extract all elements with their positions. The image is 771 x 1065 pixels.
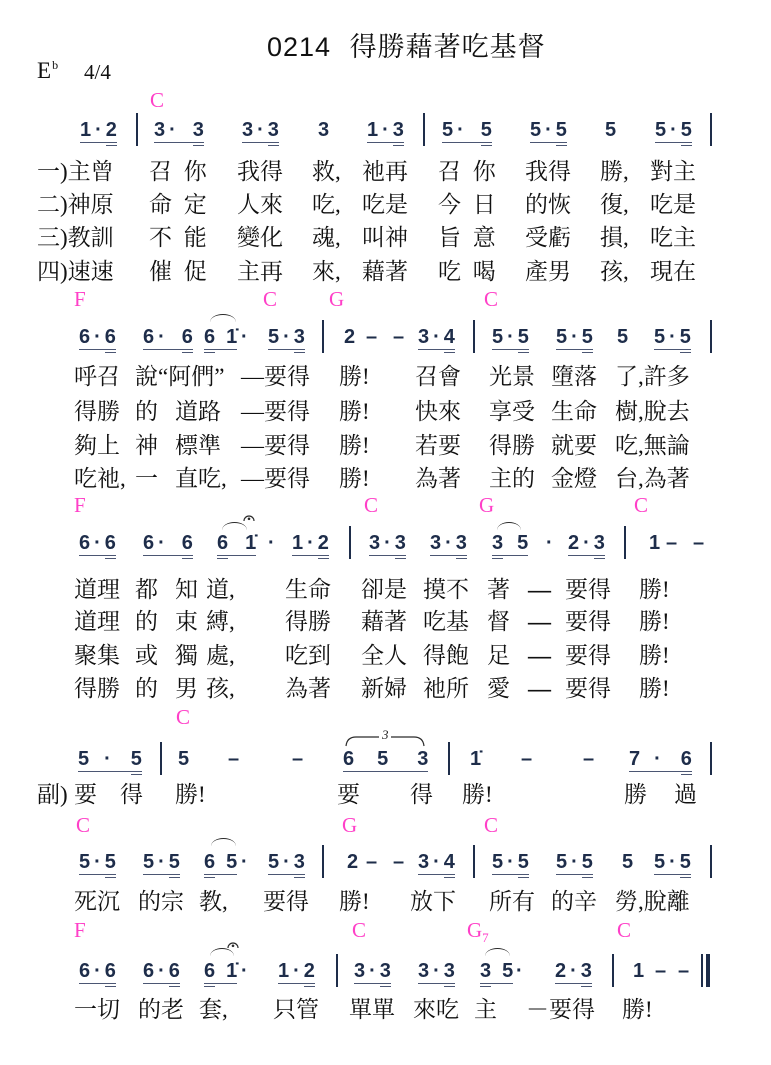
lyric-segment: 就要 <box>551 433 597 459</box>
note: 1̇ <box>470 749 481 769</box>
note: 5 <box>131 749 142 769</box>
lyric-segment: 說“阿們” <box>135 364 224 390</box>
lyric-segment: 或 <box>135 643 158 669</box>
lyrics-refrain-3: 一切的老套,只管單單來吃主－要得勝! <box>0 997 771 1023</box>
lyric-segment: 墮落 <box>551 364 597 390</box>
lyric-segment: 道, <box>206 577 235 603</box>
lyric-segment: 召 你 <box>149 159 207 185</box>
lyrics-verse-1: 呼召說“阿們”—要得勝!召會光景墮落了,許多 <box>0 364 771 390</box>
notation-row: 6·6 6·6 61̇ · 1·2 3·3 3·3 35 · 2·3 1 – – <box>0 533 771 553</box>
fermata-icon <box>227 939 239 949</box>
lyric-segment: 的老 <box>138 997 184 1023</box>
lyric-segment: 勝! <box>339 433 370 459</box>
note-group: 5·5 <box>79 852 116 872</box>
lyric-segment: 夠上 <box>74 433 120 459</box>
note: 3· <box>418 327 444 347</box>
note: 3· <box>354 961 380 981</box>
lyrics-verse-1: 一)主曾召 你我得救,祂再召 你我得勝,對主 <box>0 159 771 185</box>
lyric-segment: 愛 <box>487 676 510 702</box>
note-group: 6·6 <box>79 961 116 981</box>
note: 2 <box>344 327 355 347</box>
note: – <box>393 852 404 872</box>
note: 3 <box>193 120 204 140</box>
lyric-segment: 對主 <box>650 159 696 185</box>
lyric-segment: 勝! <box>462 782 493 808</box>
note: 2 <box>318 533 329 553</box>
lyric-segment: 一)主曾 <box>37 159 114 185</box>
lyric-segment: 的辛 <box>551 889 597 915</box>
note: 5 <box>178 749 189 769</box>
barline <box>710 742 712 775</box>
lyric-segment: 催 促 <box>149 259 207 285</box>
lyric-segment: 男 <box>175 676 198 702</box>
note: 2 <box>344 327 355 347</box>
lyric-segment: 命 定 <box>149 192 207 218</box>
lyric-segment: 勝 <box>624 782 647 808</box>
note: 6 <box>105 327 116 347</box>
lyric-segment: 道理 <box>74 577 120 603</box>
note: 5 <box>481 120 492 140</box>
lyric-segment: 足 <box>487 643 510 669</box>
lyric-segment: 我得 <box>525 159 571 185</box>
note: · <box>241 961 248 981</box>
note-high-octave: 1̇ <box>226 327 237 347</box>
lyric-segment: 單單 <box>349 997 395 1023</box>
note: 5 <box>377 749 388 769</box>
note: 3 <box>444 961 455 981</box>
lyric-segment: 孩, <box>206 676 235 702</box>
note: 4 <box>444 852 455 872</box>
note: 1· <box>80 120 106 140</box>
lyric-segment: 享受 <box>489 399 535 425</box>
barline <box>423 113 425 146</box>
lyric-segment: 要得 <box>565 676 611 702</box>
barline <box>710 320 712 353</box>
lyric-segment: 吃基 <box>423 609 469 635</box>
triplet-label: 3 <box>382 728 389 742</box>
chord-symbol: G <box>479 493 494 517</box>
lyric-segment: 樹,脫去 <box>615 399 690 425</box>
note: 5· <box>79 852 105 872</box>
lyric-segment: 復, <box>600 192 629 218</box>
barline <box>322 320 324 353</box>
note: · <box>268 533 275 553</box>
lyric-segment: 要得 <box>565 609 611 635</box>
note: 1 <box>649 533 660 553</box>
note-group: 5·5 <box>492 327 529 347</box>
note-group: 7·6 <box>629 749 692 769</box>
note: – <box>228 749 239 769</box>
lyric-segment: 吃,無論 <box>615 433 690 459</box>
chord-symbol: G <box>329 287 344 311</box>
lyric-segment: 人來 <box>237 192 283 218</box>
lyric-segment: 吃 喝 <box>438 259 496 285</box>
note-group: 2·3 <box>555 961 592 981</box>
note-group: 5·5 <box>556 852 593 872</box>
song-title: 0214 得勝藉著吃基督 <box>267 31 546 63</box>
note: 3· <box>242 120 268 140</box>
note: 6 <box>204 327 215 347</box>
note-group: 2·3 <box>568 533 605 553</box>
chord-symbol: F <box>74 287 86 311</box>
note: 5· <box>268 852 294 872</box>
note: 3 <box>581 961 592 981</box>
lyric-segment: 都 <box>135 577 158 603</box>
lyric-segment: 魂, <box>312 225 341 251</box>
lyric-segment: 一切 <box>74 997 120 1023</box>
lyric-dash: — <box>528 609 551 635</box>
lyric-segment: 得勝 <box>74 676 120 702</box>
note: 3· <box>418 852 444 872</box>
note: 6· <box>143 961 169 981</box>
note-high-octave: 1̇ <box>226 961 237 981</box>
note: 5· <box>654 852 680 872</box>
lyrics-verse-1: 道理都知道,生命卻是摸不著—要得勝! <box>0 577 771 603</box>
note: 2· <box>568 533 594 553</box>
lyric-segment: 現在 <box>650 259 696 285</box>
lyric-segment: —要得 <box>241 466 310 492</box>
lyric-segment: 吃主 <box>650 225 696 251</box>
lyric-segment: 只管 <box>273 997 319 1023</box>
lyric-segment: 來, <box>312 259 341 285</box>
lyric-segment: 聚集 <box>74 643 120 669</box>
note: 5 <box>105 852 116 872</box>
note: 5 <box>617 327 628 347</box>
chord-symbol: C <box>617 918 631 942</box>
barline <box>322 845 324 878</box>
lyrics-refrain-2: 死沉的宗教,要得勝!放下所有的辛勞,脫離 <box>0 889 771 915</box>
lyric-segment: 的 <box>135 399 158 425</box>
note: · <box>241 327 248 347</box>
note: 5· <box>268 327 294 347</box>
note: 6· <box>143 533 169 553</box>
barline <box>473 320 475 353</box>
note-group: 5·5 <box>654 327 691 347</box>
augmentation-dot: · <box>516 961 523 981</box>
lyric-segment: 四)速速 <box>37 259 114 285</box>
note: 1· <box>292 533 318 553</box>
chord-symbol: G7 <box>467 918 489 945</box>
note: – <box>693 533 704 553</box>
lyric-segment: 若要 <box>415 433 461 459</box>
lyric-segment: 處, <box>206 643 235 669</box>
note: 5· <box>530 120 556 140</box>
note: 6· <box>79 533 105 553</box>
lyric-segment: 生命 <box>285 577 331 603</box>
lyric-segment: 套, <box>199 997 228 1023</box>
lyric-segment: 道路 <box>175 399 221 425</box>
note: 6· <box>79 327 105 347</box>
note: 3 <box>492 533 503 553</box>
augmentation-dot: · <box>241 852 248 872</box>
note: 1· <box>278 961 304 981</box>
lyrics-verse-4: 四)速速催 促主再來,藉著吃 喝產男孩,現在 <box>0 259 771 285</box>
lyric-segment: 死沉 <box>74 889 120 915</box>
note: 6 <box>105 961 116 981</box>
chord-symbol: C <box>76 813 90 837</box>
augmentation-dot: · <box>241 961 248 981</box>
note-group: 6·6 <box>79 327 116 347</box>
note-group: 3·3 <box>354 961 391 981</box>
lyric-segment: 主的 <box>489 466 535 492</box>
chord-symbol: C <box>150 88 164 112</box>
lyric-segment: 吃, <box>312 192 341 218</box>
note: 5 <box>78 749 89 769</box>
note: 5· <box>442 120 468 140</box>
lyric-segment: 得勝 <box>74 399 120 425</box>
chord-symbol: C <box>263 287 277 311</box>
lyric-segment: 吃祂, <box>74 466 126 492</box>
lyric-segment: 全人 <box>361 643 407 669</box>
note: – <box>521 749 532 769</box>
lyric-segment: 光景 <box>489 364 535 390</box>
final-barline-thick <box>706 954 710 987</box>
augmentation-dot: · <box>546 533 553 553</box>
lyric-segment: 束 <box>175 609 198 635</box>
note-group: 6·6 <box>79 533 116 553</box>
barline <box>349 526 351 559</box>
chord-symbol: C <box>634 493 648 517</box>
note-group: 3·3 <box>242 120 279 140</box>
lyric-segment: 吃到 <box>285 643 331 669</box>
lyrics-verse-2: 道理的束縛,得勝藉著吃基督—要得勝! <box>0 609 771 635</box>
lyric-segment: 要 <box>337 782 360 808</box>
barline <box>336 954 338 987</box>
lyric-segment: 旨 意 <box>438 225 496 251</box>
note-group: 1·2 <box>278 961 315 981</box>
barline <box>612 954 614 987</box>
chord-symbol: C <box>484 287 498 311</box>
note-group: 3·3 <box>430 533 467 553</box>
note: 6 <box>204 852 215 872</box>
note: – <box>655 961 666 981</box>
note: 5 <box>622 852 633 872</box>
lyrics-verse-2: 得勝的道路—要得勝!快來享受生命樹,脫去 <box>0 399 771 425</box>
note-group: 5·5 <box>655 120 692 140</box>
note: 5 <box>582 852 593 872</box>
lyric-segment: 祂所 <box>423 676 469 702</box>
lyric-segment: 知 <box>175 577 198 603</box>
lyric-segment: 要得 <box>565 643 611 669</box>
note: 1 <box>633 961 644 981</box>
note: 5 <box>226 852 237 872</box>
note: 6 <box>217 533 228 553</box>
lyric-segment: 得 <box>120 782 143 808</box>
lyric-segment: 新婦 <box>361 676 407 702</box>
lyric-segment: 呼召 <box>74 364 120 390</box>
lyric-segment: 要得 <box>565 577 611 603</box>
lyrics-verse-2: 二)神原命 定人來吃,吃是今 日的恢復,吃是 <box>0 192 771 218</box>
note-group: 1·2 <box>292 533 329 553</box>
note-group: 5·5 <box>654 852 691 872</box>
note-group: 5·5 <box>556 327 593 347</box>
notation-row: 5·5 5 – – 3 653 1̇ – – 7·6 <box>0 749 771 769</box>
lyric-segment: 藉著 <box>361 609 407 635</box>
note-group: 5·5 <box>442 120 492 140</box>
lyric-segment: 得勝 <box>489 433 535 459</box>
note: 3 <box>318 120 329 140</box>
sustain-dash: – <box>678 961 689 981</box>
sustain-dash: – <box>521 749 532 769</box>
lyric-segment: 二)神原 <box>37 192 114 218</box>
note: 3 <box>393 120 404 140</box>
lyric-dash: — <box>528 577 551 603</box>
lyric-segment: 產男 <box>525 259 571 285</box>
final-barline-thin <box>701 954 703 987</box>
note: 5 <box>605 120 616 140</box>
note: 6 <box>204 961 215 981</box>
time-signature: 4/4 <box>84 59 111 85</box>
note: 5· <box>143 852 169 872</box>
note-group: 5·5 <box>530 120 567 140</box>
note: 3· <box>154 120 180 140</box>
augmentation-dot: · <box>104 749 111 769</box>
note-group: 3·3 <box>418 961 455 981</box>
note-group: 6·6 <box>143 961 180 981</box>
note-group: 6·6 <box>143 533 193 553</box>
note: 5 <box>680 852 691 872</box>
chord-symbol: C <box>176 705 190 729</box>
lyric-segment: 要 <box>74 782 97 808</box>
note: 3 <box>294 327 305 347</box>
lyric-segment: 神 <box>135 433 158 459</box>
note-group: 5·3 <box>268 852 305 872</box>
lyric-segment: 為著 <box>415 466 461 492</box>
lyric-segment: 教, <box>199 889 228 915</box>
note: · <box>516 961 523 981</box>
lyric-segment: 勝! <box>639 643 670 669</box>
lyric-segment: 勝! <box>639 676 670 702</box>
lyric-segment: —要得 <box>241 364 310 390</box>
note: 5 <box>556 120 567 140</box>
note: – <box>366 327 377 347</box>
note: 6 <box>182 533 193 553</box>
note: 3 <box>594 533 605 553</box>
lyrics-verse-3: 三)教訓不 能變化魂,叫神旨 意受虧損,吃主 <box>0 225 771 251</box>
lyric-segment: 祂再 <box>362 159 408 185</box>
note: 2 <box>347 852 358 872</box>
chord-symbol: F <box>74 918 86 942</box>
lyrics-verse-3: 夠上神標準—要得勝!若要得勝就要吃,無論 <box>0 433 771 459</box>
note: 5· <box>556 852 582 872</box>
lyric-segment: 勝! <box>639 609 670 635</box>
note-group: 1·2 <box>80 120 117 140</box>
lyric-segment: 一 <box>135 466 158 492</box>
lyric-segment: 放下 <box>410 889 456 915</box>
lyric-segment: 卻是 <box>361 577 407 603</box>
note: 5 <box>617 327 628 347</box>
note: – <box>583 749 594 769</box>
lyric-segment: 得 <box>410 782 433 808</box>
slur <box>210 314 236 322</box>
lyric-segment: —要得 <box>241 433 310 459</box>
augmentation-dot: · <box>654 749 661 769</box>
note: 6 <box>343 749 354 769</box>
note: 6· <box>143 327 169 347</box>
lyric-segment: 道理 <box>74 609 120 635</box>
lyric-segment: 叫神 <box>362 225 408 251</box>
refrain-label: 副) <box>37 782 68 808</box>
lyrics-verse-4: 得勝的男孩,為著新婦祂所愛—要得勝! <box>0 676 771 702</box>
slur <box>497 522 521 530</box>
slur <box>210 948 234 956</box>
sustain-dash: – <box>228 749 239 769</box>
note-high-octave: 1̇ <box>245 533 256 553</box>
note-group: 3·4 <box>418 852 455 872</box>
chord-symbol: G <box>342 813 357 837</box>
lyric-segment: 召會 <box>415 364 461 390</box>
chord-symbol: C <box>484 813 498 837</box>
lyric-segment: 勝! <box>639 577 670 603</box>
lyric-segment: 為著 <box>285 676 331 702</box>
note-high-octave: 1̇ <box>470 749 481 769</box>
note: 3 <box>456 533 467 553</box>
lyric-segment: 藉著 <box>362 259 408 285</box>
lyric-segment: 摸不 <box>423 577 469 603</box>
note: 1· <box>367 120 393 140</box>
note: 2· <box>555 961 581 981</box>
lyric-segment: 來吃 <box>413 997 459 1023</box>
lyric-segment: 的恢 <box>525 192 571 218</box>
note: 3 <box>417 749 428 769</box>
note: 1 <box>633 961 644 981</box>
note-group: 61̇ <box>217 533 256 553</box>
barline <box>710 113 712 146</box>
barline <box>624 526 626 559</box>
note: 3· <box>369 533 395 553</box>
lyric-segment: 的 <box>135 609 158 635</box>
note-group: 1·3 <box>367 120 404 140</box>
lyric-segment: 變化 <box>237 225 283 251</box>
lyric-segment: 勝! <box>339 364 370 390</box>
slur <box>222 522 247 530</box>
lyric-segment: 的宗 <box>138 889 184 915</box>
sustain-dash: – <box>655 961 666 981</box>
lyric-segment: 金燈 <box>551 466 597 492</box>
note: 3 <box>268 120 279 140</box>
slur <box>485 948 510 956</box>
lyric-segment: 台,為著 <box>615 466 690 492</box>
lyric-segment: 勝! <box>622 997 653 1023</box>
lyric-segment: 孩, <box>600 259 629 285</box>
note: 5 <box>582 327 593 347</box>
augmentation-dot: · <box>268 533 275 553</box>
lyric-segment: 今 日 <box>438 192 496 218</box>
note-group: 61̇ <box>204 327 237 347</box>
note: 5 <box>680 327 691 347</box>
lyric-segment: 直吃, <box>175 466 227 492</box>
note: 6 <box>169 961 180 981</box>
note: 5 <box>681 120 692 140</box>
barline <box>473 845 475 878</box>
note: 5 <box>622 852 633 872</box>
note-group: 65 <box>204 852 237 872</box>
note: · <box>241 852 248 872</box>
lyric-segment: 勞,脫離 <box>615 889 690 915</box>
note: 4 <box>444 327 455 347</box>
note: 2 <box>106 120 117 140</box>
lyric-segment: 了,許多 <box>615 364 690 390</box>
note: – <box>292 749 303 769</box>
note: 3· <box>418 961 444 981</box>
barline <box>136 113 138 146</box>
lyric-segment: 損, <box>600 225 629 251</box>
key-signature: Eb <box>37 58 58 87</box>
lyric-segment: 得勝 <box>285 609 331 635</box>
lyric-segment: 勝! <box>175 782 206 808</box>
note-group: 5·5 <box>78 749 142 769</box>
notation-row: 6·6 6·6 61̇ · 1·2 3·3 3·3 35 · 2·3 1 – – <box>0 961 771 981</box>
